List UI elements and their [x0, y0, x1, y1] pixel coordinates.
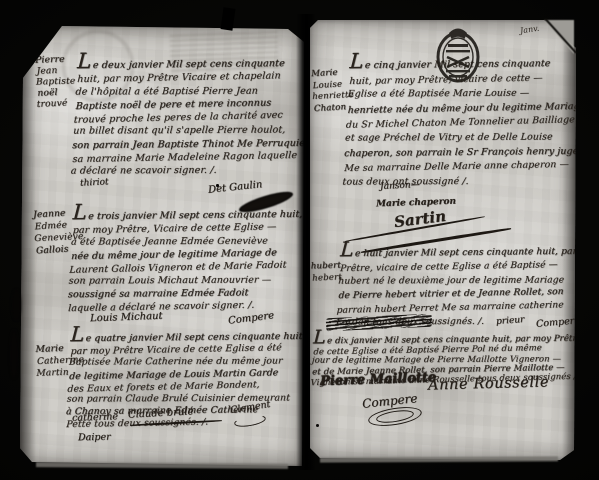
handwritten-line: son parrain Louis Michaut Manouvrier — [68, 273, 299, 287]
signature: Anne Rousselle [428, 374, 549, 393]
scanned-register-image: PierreJeanBaptistenoëltrouvé Le deux jan… [0, 0, 599, 480]
scan-notch [221, 7, 236, 30]
baptism-entry-text: Le deux janvier Mil sept cens cinquanteh… [70, 55, 303, 179]
right-page: Janv. MarieLouisehenrietteChaton Le cinq… [310, 20, 576, 460]
binding-shadow-blob [10, 330, 18, 378]
signature: Det Gaulin [208, 179, 263, 196]
ink-dot [316, 424, 319, 427]
signature: Pierre Maillotte [320, 370, 437, 389]
handwritten-line: trouvé [37, 98, 77, 111]
signature: prieur [496, 315, 525, 327]
handwritten-line: tous deux ont soussigné /. [342, 174, 569, 190]
handwritten-line: et sage Préchel de Vitry et de Delle Lou… [345, 130, 572, 146]
signature: Daiper [78, 432, 111, 444]
folded-corner [544, 20, 574, 54]
margin-note-child-name: huberthebert [311, 259, 342, 284]
handwritten-line: a déclaré ne scavoir signer. /. [70, 164, 297, 178]
signature: Louis Michaut [90, 311, 163, 325]
margin-note-child-name: PierreJeanBaptistenoëltrouvé [35, 54, 76, 110]
signature: Compere [228, 310, 275, 327]
page-block-edge [36, 462, 288, 469]
ink-dot [216, 184, 219, 187]
binding-shadow-blob [12, 290, 21, 320]
signature: catherine [72, 411, 118, 424]
left-page: PierreJeanBaptistenoëltrouvé Le deux jan… [20, 26, 304, 466]
page-edge-shadow [20, 26, 36, 466]
signature: Janson— [380, 180, 420, 192]
baptism-entry-text: Le cinq janvier Mil sept cens cinquanteh… [342, 55, 576, 191]
baptism-entry-text: Le trois janvier Mil sept cens cinquante… [67, 205, 304, 314]
page-block-edge [320, 456, 558, 462]
handwritten-line: un billet disant qu'il s'apelle Pierre h… [73, 124, 300, 138]
signature: thiriot [80, 177, 109, 188]
month-corner-note: Janv. [519, 24, 539, 36]
